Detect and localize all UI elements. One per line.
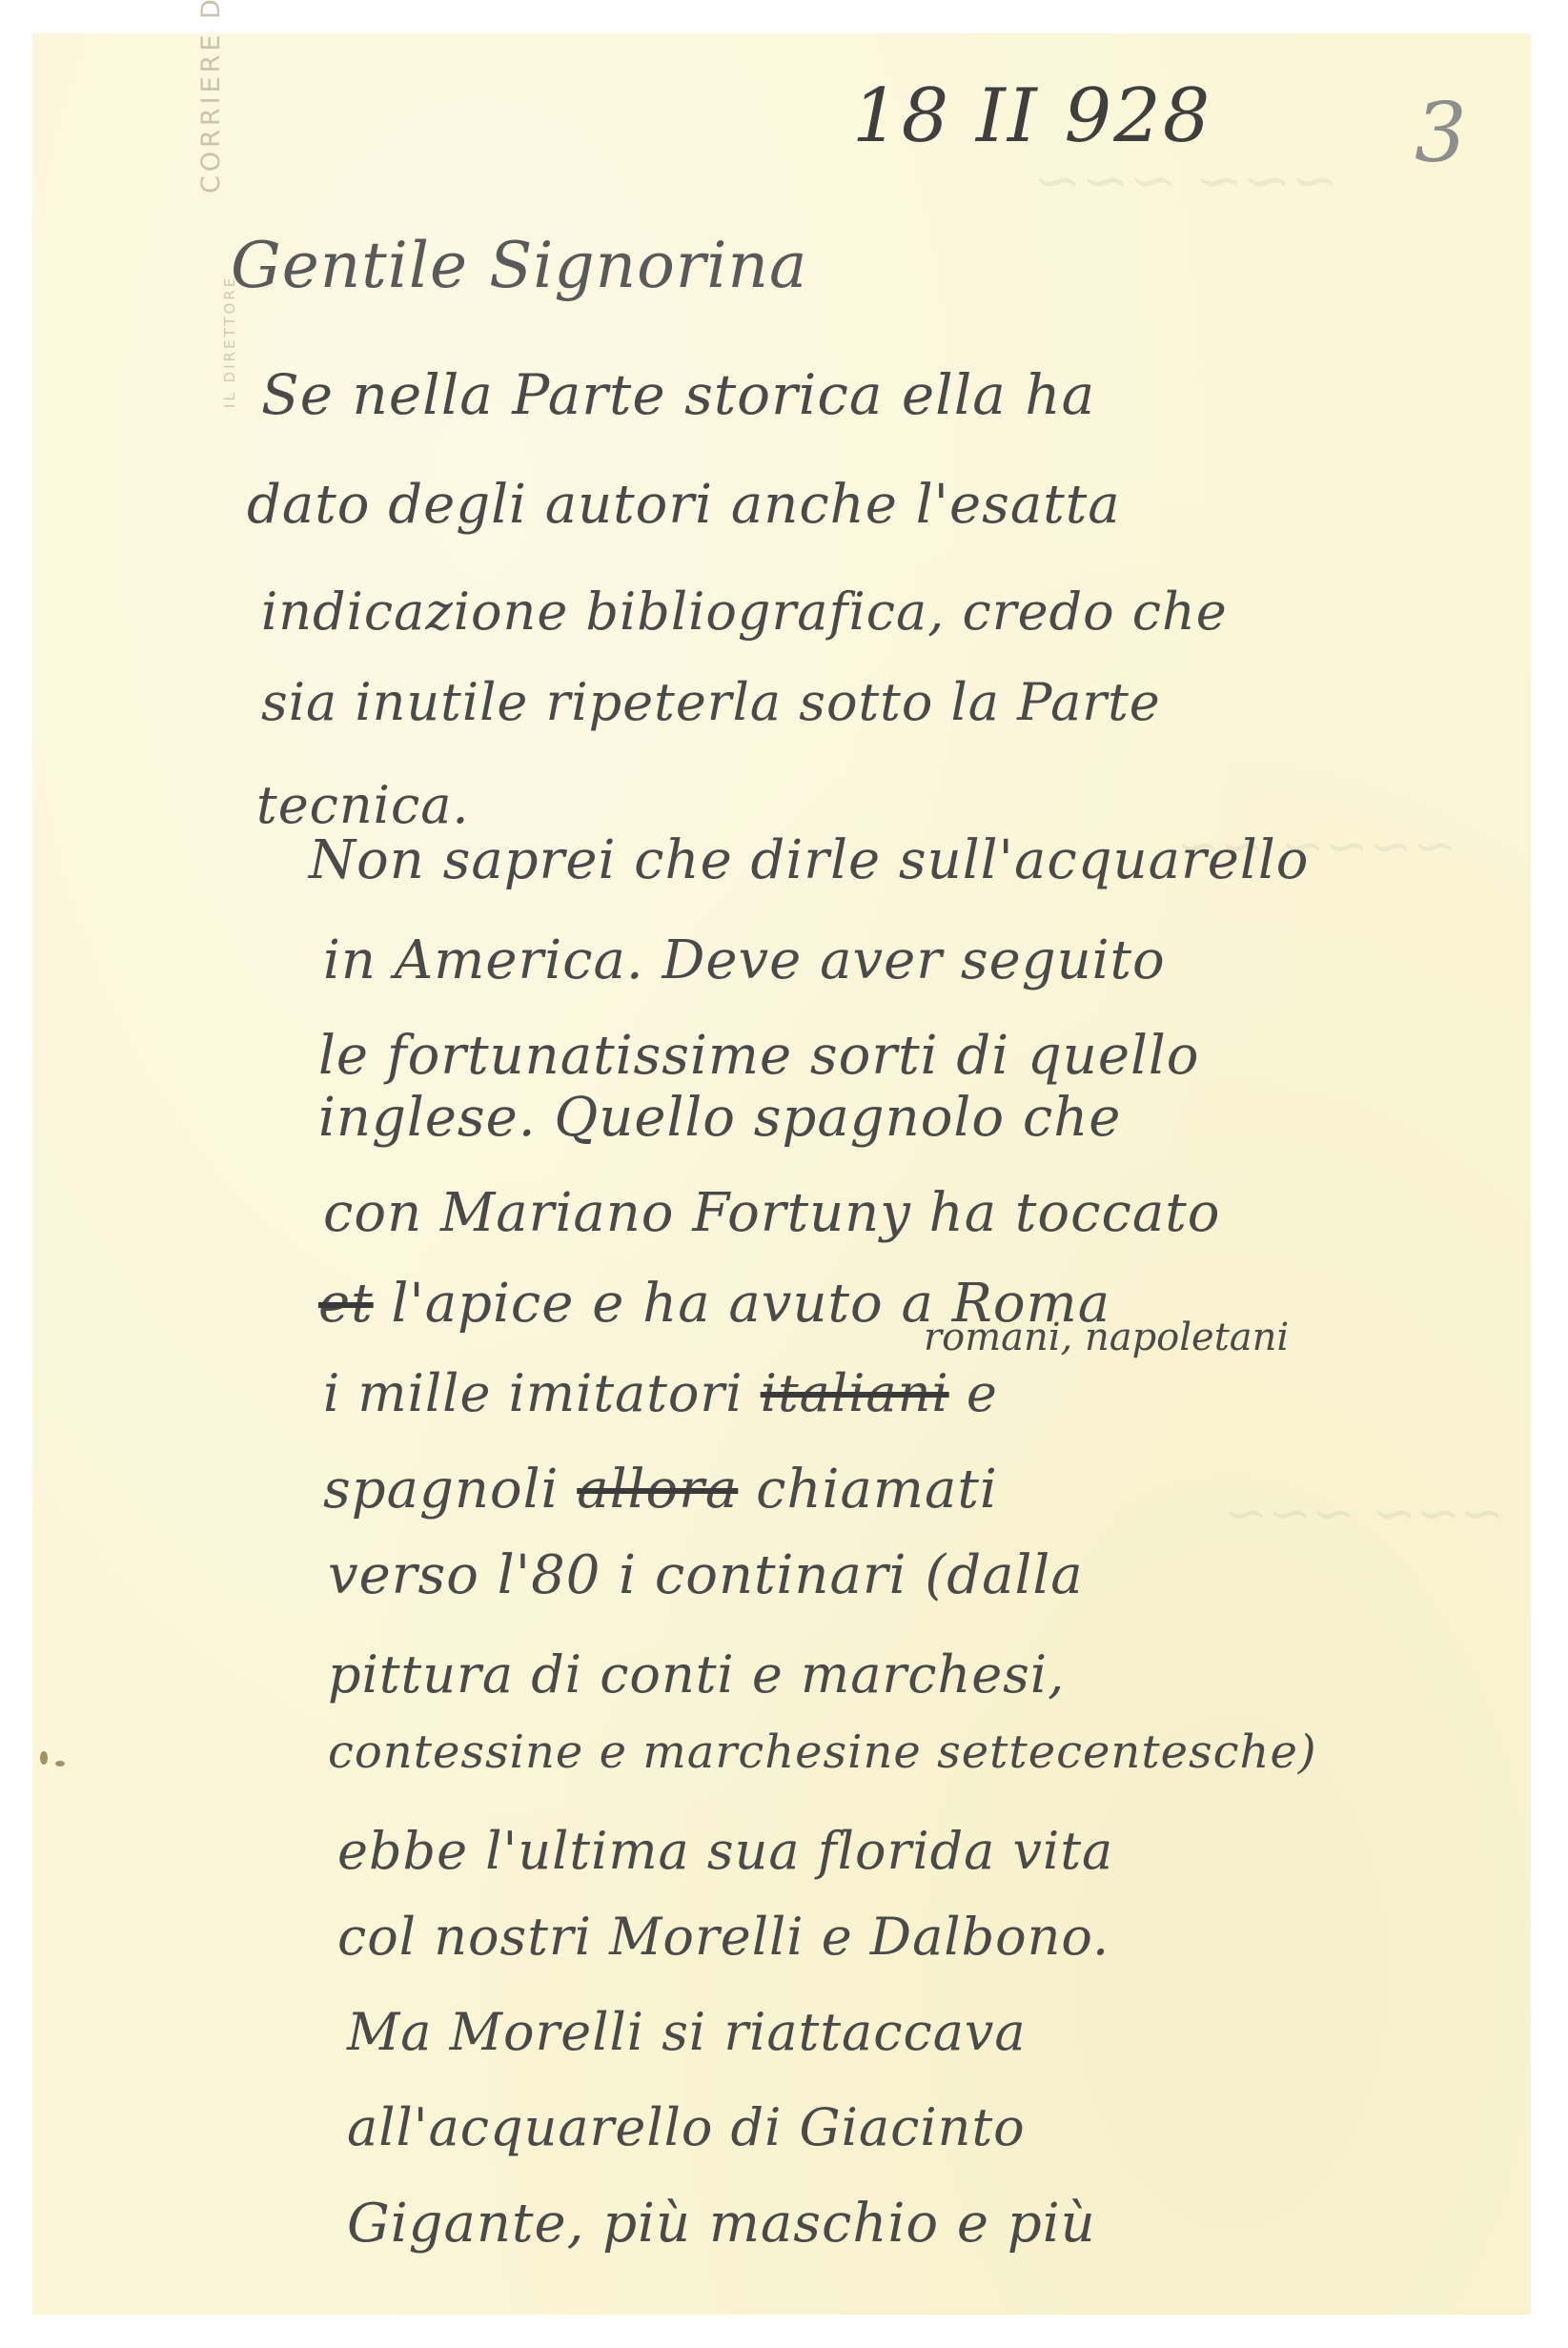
- letter-line: Ma Morelli si riattaccava: [347, 2002, 1027, 2062]
- letter-line: Se nella Parte storica ella ha: [261, 362, 1095, 427]
- bleed-through-text: ~~~ ~~~: [1224, 1482, 1504, 1543]
- struck-word: italiani: [761, 1363, 949, 1423]
- line-text: spagnoli: [323, 1459, 559, 1521]
- letter-line: con Mariano Fortuny ha toccato: [323, 1182, 1220, 1244]
- letterhead: CORRIERE DELLA SERA IL DIRETTORE: [154, 194, 212, 727]
- letter-line: contessine e marchesine settecentesche): [328, 1725, 1317, 1779]
- letter-date: 18 II 928: [852, 73, 1212, 159]
- letter-line: inglese. Quello spagnolo che: [318, 1087, 1121, 1149]
- paper-stain: [40, 1751, 48, 1765]
- line-text: i mille imitatori: [323, 1363, 743, 1423]
- letter-page: ~~~ ~~~ ~~~~ ~~ ~~~ ~~~ CORRIERE DELLA S…: [32, 33, 1531, 2315]
- letter-line: le fortunatissime sorti di quello: [318, 1025, 1200, 1087]
- inserted-text: romani, napoletani: [924, 1316, 1289, 1359]
- letter-line: Gigante, più maschio e più: [347, 2193, 1096, 2255]
- letter-line: ebbe l'ultima sua florida vita: [337, 1821, 1113, 1881]
- letter-line: indicazione bibliografica, credo che: [261, 582, 1228, 642]
- letter-line: sia inutile ripeterla sotto la Parte: [261, 672, 1161, 732]
- letter-line: spagnoli allora chiamati: [323, 1459, 998, 1521]
- letter-line: all'acquarello di Giacinto: [347, 2097, 1026, 2157]
- letter-line: verso l'80 i continari (dalla: [328, 1544, 1084, 1606]
- letter-line: col nostri Morelli e Dalbono.: [337, 1907, 1110, 1967]
- struck-word: et: [318, 1273, 374, 1335]
- salutation: Gentile Signorina: [231, 229, 807, 302]
- letter-line: tecnica.: [256, 775, 470, 835]
- struck-word: allora: [577, 1459, 738, 1521]
- letter-line: i mille imitatori italiani e: [323, 1363, 998, 1423]
- paper-stain: [55, 1761, 65, 1766]
- letter-line: pittura di conti e marchesi,: [328, 1644, 1065, 1705]
- letter-line: dato degli autori anche l'esatta: [247, 474, 1121, 536]
- page-number: 3: [1415, 86, 1467, 181]
- letter-line: Non saprei che dirle sull'acquarello: [309, 829, 1309, 891]
- line-text: chiamati: [756, 1459, 998, 1521]
- line-text: e: [967, 1363, 998, 1423]
- letter-line: in America. Deve aver seguito: [323, 929, 1166, 991]
- letterhead-title: CORRIERE DELLA SERA: [196, 0, 226, 194]
